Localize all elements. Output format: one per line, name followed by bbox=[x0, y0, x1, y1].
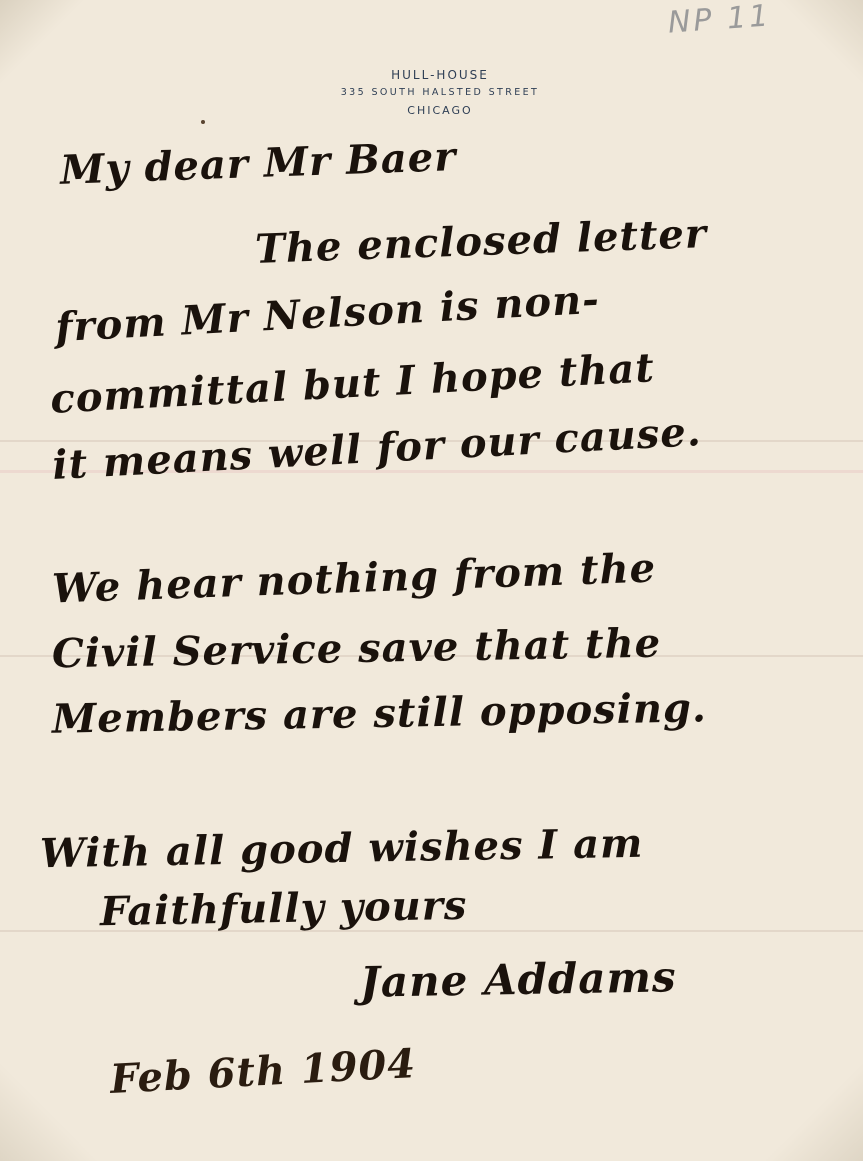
signature: Jane Addams bbox=[360, 952, 677, 1007]
body-line: The enclosed letter bbox=[254, 210, 707, 273]
body-line: Civil Service save that the bbox=[52, 620, 662, 678]
letterhead-city: CHICAGO bbox=[290, 102, 590, 120]
salutation: My dear Mr Baer bbox=[59, 133, 457, 194]
body-line: from Mr Nelson is non- bbox=[54, 276, 601, 351]
body-line: Members are still opposing. bbox=[52, 684, 708, 742]
body-line: it means well for our cause. bbox=[51, 408, 702, 489]
closing: Faithfully yours bbox=[100, 882, 468, 935]
ink-speck bbox=[201, 120, 205, 124]
letterhead: HULL-HOUSE 335 SOUTH HALSTED STREET CHIC… bbox=[290, 66, 590, 120]
body-line: committal but I hope that bbox=[49, 344, 656, 423]
letterhead-street: 335 SOUTH HALSTED STREET bbox=[290, 84, 590, 102]
reference-mark: NP 11 bbox=[667, 0, 772, 41]
body-line: With all good wishes I am bbox=[40, 820, 644, 878]
letter-date: Feb 6th 1904 bbox=[109, 1040, 417, 1103]
body-line: We hear nothing from the bbox=[51, 544, 656, 612]
letterhead-name: HULL-HOUSE bbox=[290, 66, 590, 84]
letter-paper: NP 11 HULL-HOUSE 335 SOUTH HALSTED STREE… bbox=[0, 0, 863, 1161]
